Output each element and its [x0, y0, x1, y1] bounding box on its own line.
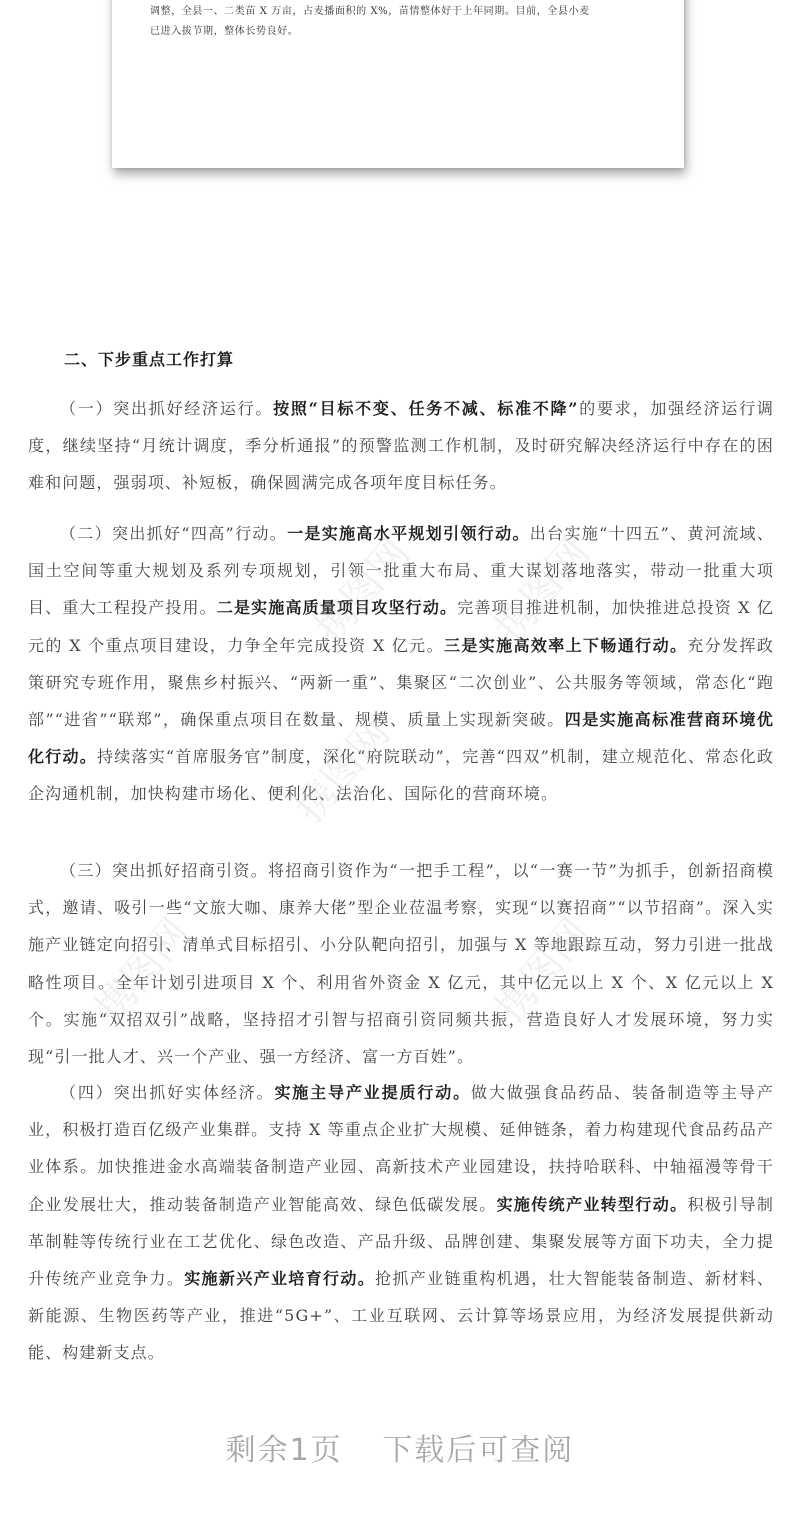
preview-line: 调整，全县一、二类苗 X 万亩，占麦播面积的 X%，苗情整体好于上年同期。目前，…: [150, 2, 590, 17]
bold-text-segment: 实施主导产业提质行动。: [274, 1083, 471, 1102]
bold-text-segment: 实施传统产业转型行动。: [497, 1195, 688, 1214]
bold-text-segment: 一是实施高水平规划引领行动。: [287, 524, 530, 543]
paragraph-2: （二）突出抓好“四高”行动。一是实施高水平规划引领行动。出台实施“十四五”、黄河…: [28, 515, 774, 813]
section-heading: 二、下步重点工作打算: [64, 347, 234, 370]
download-hint-label[interactable]: 下载后可查阅: [382, 1433, 574, 1468]
text-segment: 持续落实“首席服务官”制度，深化“府院联动”，完善“四双”机制，建立规范化、常态…: [28, 747, 774, 803]
text-segment: （一）突出抓好经济运行。: [60, 399, 273, 418]
download-prompt[interactable]: 剩余1页 下载后可查阅: [0, 1425, 800, 1469]
bold-text-segment: 实施新兴产业培育行动。: [184, 1269, 375, 1288]
preview-page-card: 调整，全县一、二类苗 X 万亩，占麦播面积的 X%，苗情整体好于上年同期。目前，…: [112, 0, 684, 168]
text-segment: （三）突出抓好招商引资。将招商引资作为“一把手工程”，以“一赛一节”为抓手，创新…: [28, 861, 774, 1066]
paragraph-1: （一）突出抓好经济运行。按照“目标不变、任务不减、标准不降”的要求，加强经济运行…: [28, 390, 774, 502]
preview-line: 已进入拔节期，整体长势良好。: [150, 22, 298, 37]
bold-text-segment: 按照“目标不变、任务不减、标准不降”: [273, 399, 578, 418]
text-segment: （四）突出抓好实体经济。: [60, 1083, 274, 1102]
bold-text-segment: 三是实施高效率上下畅通行动。: [444, 636, 687, 655]
remaining-pages-label[interactable]: 剩余1页: [226, 1433, 343, 1468]
text-segment: （二）突出抓好“四高”行动。: [60, 524, 287, 543]
paragraph-3: （三）突出抓好招商引资。将招商引资作为“一把手工程”，以“一赛一节”为抓手，创新…: [28, 852, 774, 1075]
bold-text-segment: 二是实施高质量项目攻坚行动。: [217, 598, 457, 617]
paragraph-4: （四）突出抓好实体经济。实施主导产业提质行动。做大做强食品药品、装备制造等主导产…: [28, 1074, 774, 1372]
